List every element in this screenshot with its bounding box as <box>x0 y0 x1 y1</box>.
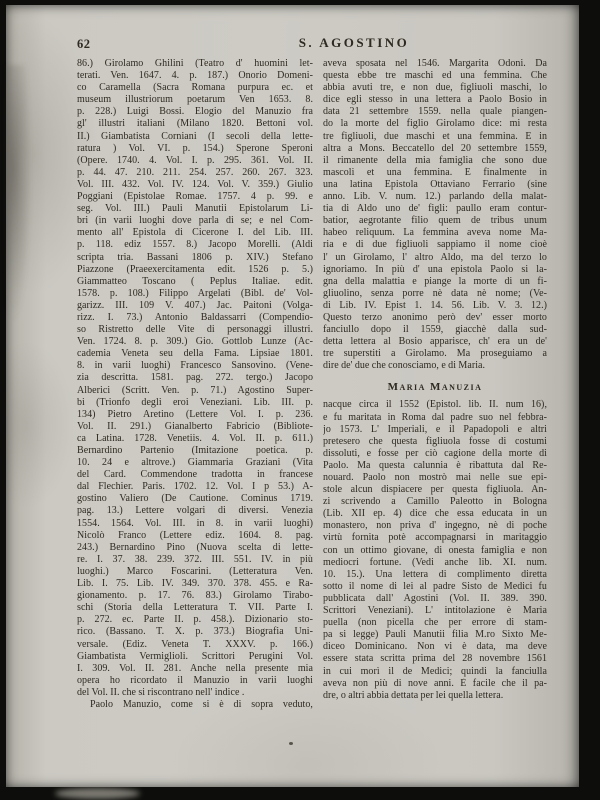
text-line: con un ottimo giovane, di onesta famigli… <box>323 545 547 557</box>
page-header: 62 S. AGOSTINO <box>77 35 547 55</box>
book-scan-frame: 62 S. AGOSTINO 86.) Girolamo Ghilini (Te… <box>0 0 600 800</box>
text-line: ria e di due figliuoli sappiamo il nome … <box>323 239 547 251</box>
text-line: p. 228.) Luigi Bossi. Elogio del Manuzio… <box>77 106 313 118</box>
text-line: del Card. Commendone tradotta in frances… <box>77 469 313 481</box>
text-line: Piazzone (Praeexercitamenta edit. 1526 p… <box>77 264 313 276</box>
text-line: scripta tria. Bassani 1806 p. XIV.) Stef… <box>77 252 313 264</box>
text-line: ratura ) Vol. VI. p. 154.) Sperone Spero… <box>77 143 313 155</box>
text-line: co Caramella (Sacra Romana purpura ec. e… <box>77 82 313 94</box>
text-line: dire de' due che conosciamo, e di Maria. <box>323 360 547 372</box>
text-line: data 21 settembre 1559. nella quale pian… <box>323 106 547 118</box>
text-line: Alberici (Scritt. Ven. p. 71.) Agostino … <box>77 385 313 397</box>
text-line: altra a Mons. Beccatello del 20 settembr… <box>323 143 547 155</box>
text-line: terati. Ven. 1647. 4. p. 187.) Onorio Do… <box>77 70 313 82</box>
text-line: mascoli et una femmina. E finalmente in <box>323 167 547 179</box>
text-line: questa ebbe tre maschi ed una femmina. C… <box>323 70 547 82</box>
text-line: habeo reliquum. La femmina aveva nome Ma… <box>323 227 547 239</box>
text-line: 1554. 1564. Vol. III. in 8. in varii luo… <box>77 518 313 530</box>
text-line: versale. (Ediz. Veneta T. XXXV. p. 166.) <box>77 639 313 651</box>
text-line: tre superstiti a Girolamo. Ma proseguiam… <box>323 348 547 360</box>
text-line: nouard. Paolo non mostrò mai nelle sue e… <box>323 472 547 484</box>
text-line: dre, o altri abbia dettata per lei quell… <box>323 690 547 702</box>
text-line: mento all' Epistola di Cicerone I. del L… <box>77 227 313 239</box>
text-line: una latina Epistola Ottaviano Ferrario (… <box>323 179 547 191</box>
text-line: monastero, non priva d' ingegno, nè di p… <box>323 520 547 532</box>
text-line: (Lib. XII ep. 4) dice che essa educata i… <box>323 508 547 520</box>
text-line: Paolo Manuzio, come si è di sopra veduto… <box>77 699 313 711</box>
right-column: aveva sposata nel 1546. Margarita Odoni.… <box>323 58 547 711</box>
text-line: fanciullo dopo il 1559, giacchè dalla su… <box>323 324 547 336</box>
text-line: Questo terzo anonimo però dev' esser mor… <box>323 312 547 324</box>
text-line: stole alcun dispiacere per questa figliu… <box>323 484 547 496</box>
text-line: ignoriamo. In più d' una epistola Paolo … <box>323 264 547 276</box>
section-heading: Maria Manuzia <box>323 381 547 393</box>
text-line: pag. 13.) Lettere volgari di diversi. Ve… <box>77 505 313 517</box>
text-line: Vol. II. 291.) Gianalberto Fabricio (Bib… <box>77 421 313 433</box>
scan-edge-blotch <box>55 788 140 799</box>
text-line: ca Latina. 1728. Venetiis. 4. Vol. II. p… <box>77 433 313 445</box>
scan-smudge <box>6 65 32 325</box>
text-line: sotto il nome di lei al padre Sisto de M… <box>323 581 547 593</box>
text-line: p. 44. 47. 210. 211. 254. 257. 260. 267.… <box>77 167 313 179</box>
text-line: p. 118. ediz 1557. 8.) Jacopo Morelli. (… <box>77 239 313 251</box>
text-line: dissoluti, e fosse per ciò cagione della… <box>323 448 547 460</box>
page-text-block: 62 S. AGOSTINO 86.) Girolamo Ghilini (Te… <box>77 35 547 711</box>
text-line: pubblicata dall' Agostini (Vol. II. 389.… <box>323 593 547 605</box>
right-column-bottom: nacque circa il 1552 (Epistol. lib. II. … <box>323 399 547 701</box>
running-title: S. AGOSTINO <box>299 35 410 51</box>
text-line: Bernardino Partenio (Imitazione poetica.… <box>77 445 313 457</box>
text-line: Nicolò Franco (Lettere ediz. 1604. 8. pa… <box>77 530 313 542</box>
text-line: 8. in varii luoghi) Francesco Sansovino.… <box>77 360 313 372</box>
text-line: dal Flechier. Paris. 1702. 12. Vol. I p … <box>77 481 313 493</box>
left-column: 86.) Girolamo Ghilini (Teatro d' huomini… <box>77 58 313 711</box>
text-line: anno. Lib. V. num. 12.) parlando della m… <box>323 191 547 203</box>
text-line: 10. 24 e altrove.) Giammaria Graziani (V… <box>77 457 313 469</box>
text-line: II.) Giambatista Corniani (I secoli dell… <box>77 131 313 143</box>
text-line: virtù fornita potè accompagnarsi in mari… <box>323 532 547 544</box>
text-line: seg. Vol. III.) Pauli Manutii Epistolaru… <box>77 203 313 215</box>
ink-speck <box>289 742 293 745</box>
text-line: cademia Veneta seu della Fama. Lipsiae 1… <box>77 348 313 360</box>
text-line: Lib. I. 75. Lib. IV. 349. 370. 378. 455.… <box>77 578 313 590</box>
text-line: 243.) Bernardino Pino (Nuova scelta di l… <box>77 542 313 554</box>
text-line: gl' illustri italiani (Milano 1820. Bett… <box>77 118 313 130</box>
text-line: museum illustriorum poetarum Ven 1653. 8… <box>77 94 313 106</box>
text-line: Giammatteo Toscano ( Peplus Italiae. edi… <box>77 276 313 288</box>
text-line: dice egli stesso in una lettera a Paolo … <box>323 94 547 106</box>
text-line: garizz. III. 109 V. 407.) Jac. Paitoni (… <box>77 300 313 312</box>
text-line: p. 272. ec. Parte II. p. 458.). Dizionar… <box>77 614 313 626</box>
text-line: 86.) Girolamo Ghilini (Teatro d' huomini… <box>77 58 313 70</box>
text-line: Vol. III. 432. Vol. IV. 124. Vol. V. 359… <box>77 179 313 191</box>
two-column-text: 86.) Girolamo Ghilini (Teatro d' huomini… <box>77 58 547 711</box>
text-line: mediocri fortune. (Vedi anche lib. XI. n… <box>323 557 547 569</box>
text-line: Scrittori Veneziani). L' intitolazione è… <box>323 605 547 617</box>
text-line: tia di Aldo uno de' figli: paullo eram c… <box>323 203 547 215</box>
text-line: 10. 15.). Una lettera di complimento dir… <box>323 569 547 581</box>
text-line: (Opere. 1740. 4. Vol. I. p. 295. 361. Vo… <box>77 155 313 167</box>
text-line: I. 309. Vol. II. 281. Anche nella presen… <box>77 663 313 675</box>
text-line: re. I. 37. 38. 239. 372. III. 551. IV. i… <box>77 554 313 566</box>
text-line: do la morte del figlio Girolamo dice: mi… <box>323 118 547 130</box>
text-line: nacque circa il 1552 (Epistol. lib. II. … <box>323 399 547 411</box>
text-line: luoghi.) Marco Foscarini. (Letteratura V… <box>77 566 313 578</box>
text-line: Giambatista Vermiglioli. Scrittori Perug… <box>77 651 313 663</box>
text-line: zi scrivendo a Camillo Paleotto in Bolog… <box>323 496 547 508</box>
text-line: aveva non più di nove anni. È facile che… <box>323 678 547 690</box>
text-line: bi (Trionfo degli eroi Veneziani. Lib. I… <box>77 397 313 409</box>
text-line: aveva sposata nel 1546. Margarita Odoni.… <box>323 58 547 70</box>
page-number: 62 <box>77 37 91 52</box>
right-column-top: aveva sposata nel 1546. Margarita Odoni.… <box>323 58 547 372</box>
text-line: puella (non picella che per errore di st… <box>323 617 547 629</box>
text-line: in cui morì il de Medici; quindi la fanc… <box>323 666 547 678</box>
text-line: schi (Storia della Letteratura T. VII. P… <box>77 602 313 614</box>
text-line: jo 1573. L' Imperiali, e il Papadopoli e… <box>323 424 547 436</box>
text-line: 134) Pietro Aretino (Lettere Vol. I. p. … <box>77 409 313 421</box>
text-line: del Vol. II. che si riscontrano nell' in… <box>77 687 313 699</box>
text-line: 1578. p. 108.) Filippo Argelati (Bibl. d… <box>77 288 313 300</box>
text-line: zia descritta. 1581. pag. 272. tergo.) J… <box>77 372 313 384</box>
text-line: rizz. I. 73.) Antonio Baldassarri (Compe… <box>77 312 313 324</box>
text-line: gliuolino, senza porre nè data nè nome; … <box>323 288 547 300</box>
text-line: gostino Valiero (De Cautione. Cominus 17… <box>77 493 313 505</box>
text-line: il rimanente della mia famiglia che sono… <box>323 155 547 167</box>
text-line: di Lib. IV. Epist 1. 14. 56. Lib. V. 3. … <box>323 300 547 312</box>
text-line: diceo Dominicano. Non vi è data, ma deve <box>323 641 547 653</box>
text-line: Paolo. Ma questa calunnia è ribattuta da… <box>323 460 547 472</box>
text-line: Ven. 1724. 8. p. 309.) Gio. Gottlob Lunz… <box>77 336 313 348</box>
text-line: essere stata scritta prima del 28 novemb… <box>323 653 547 665</box>
text-line: detta lettera al Bosio apparisce, ch' er… <box>323 336 547 348</box>
text-line: so Ristretto delle Vite di personaggi il… <box>77 324 313 336</box>
text-line: gionamento. p. 17. 76. 83.) Girolamo Tir… <box>77 590 313 602</box>
text-line: l' un Girolamo, l' altro Aldo, ma del te… <box>323 252 547 264</box>
text-line: batior, aegrotante filio quem de tribus … <box>323 215 547 227</box>
text-line: gna della malattia e piange la morte di … <box>323 276 547 288</box>
text-line: pa si legge) Pauli Manutii filia M.ro Si… <box>323 629 547 641</box>
text-line: pretesero che questa figliuola fosse di … <box>323 436 547 448</box>
text-line: abbia avuti tre, e non due, figliuoli ma… <box>323 82 547 94</box>
text-line: tre figliuoli, due maschi et una femmina… <box>323 131 547 143</box>
text-line: Poggiani (Epistolae Romae. 1757. 4 p. 99… <box>77 191 313 203</box>
text-line: opera ho ricordato il Manuzio in varii l… <box>77 675 313 687</box>
text-line: bri (in varii luoghi dove parla di se; e… <box>77 215 313 227</box>
scanned-page: 62 S. AGOSTINO 86.) Girolamo Ghilini (Te… <box>6 5 579 787</box>
text-line: rico. (Bassano. T. X. p. 373.) Biografia… <box>77 626 313 638</box>
text-line: e fu maritata in Roma dal padre suo nel … <box>323 412 547 424</box>
